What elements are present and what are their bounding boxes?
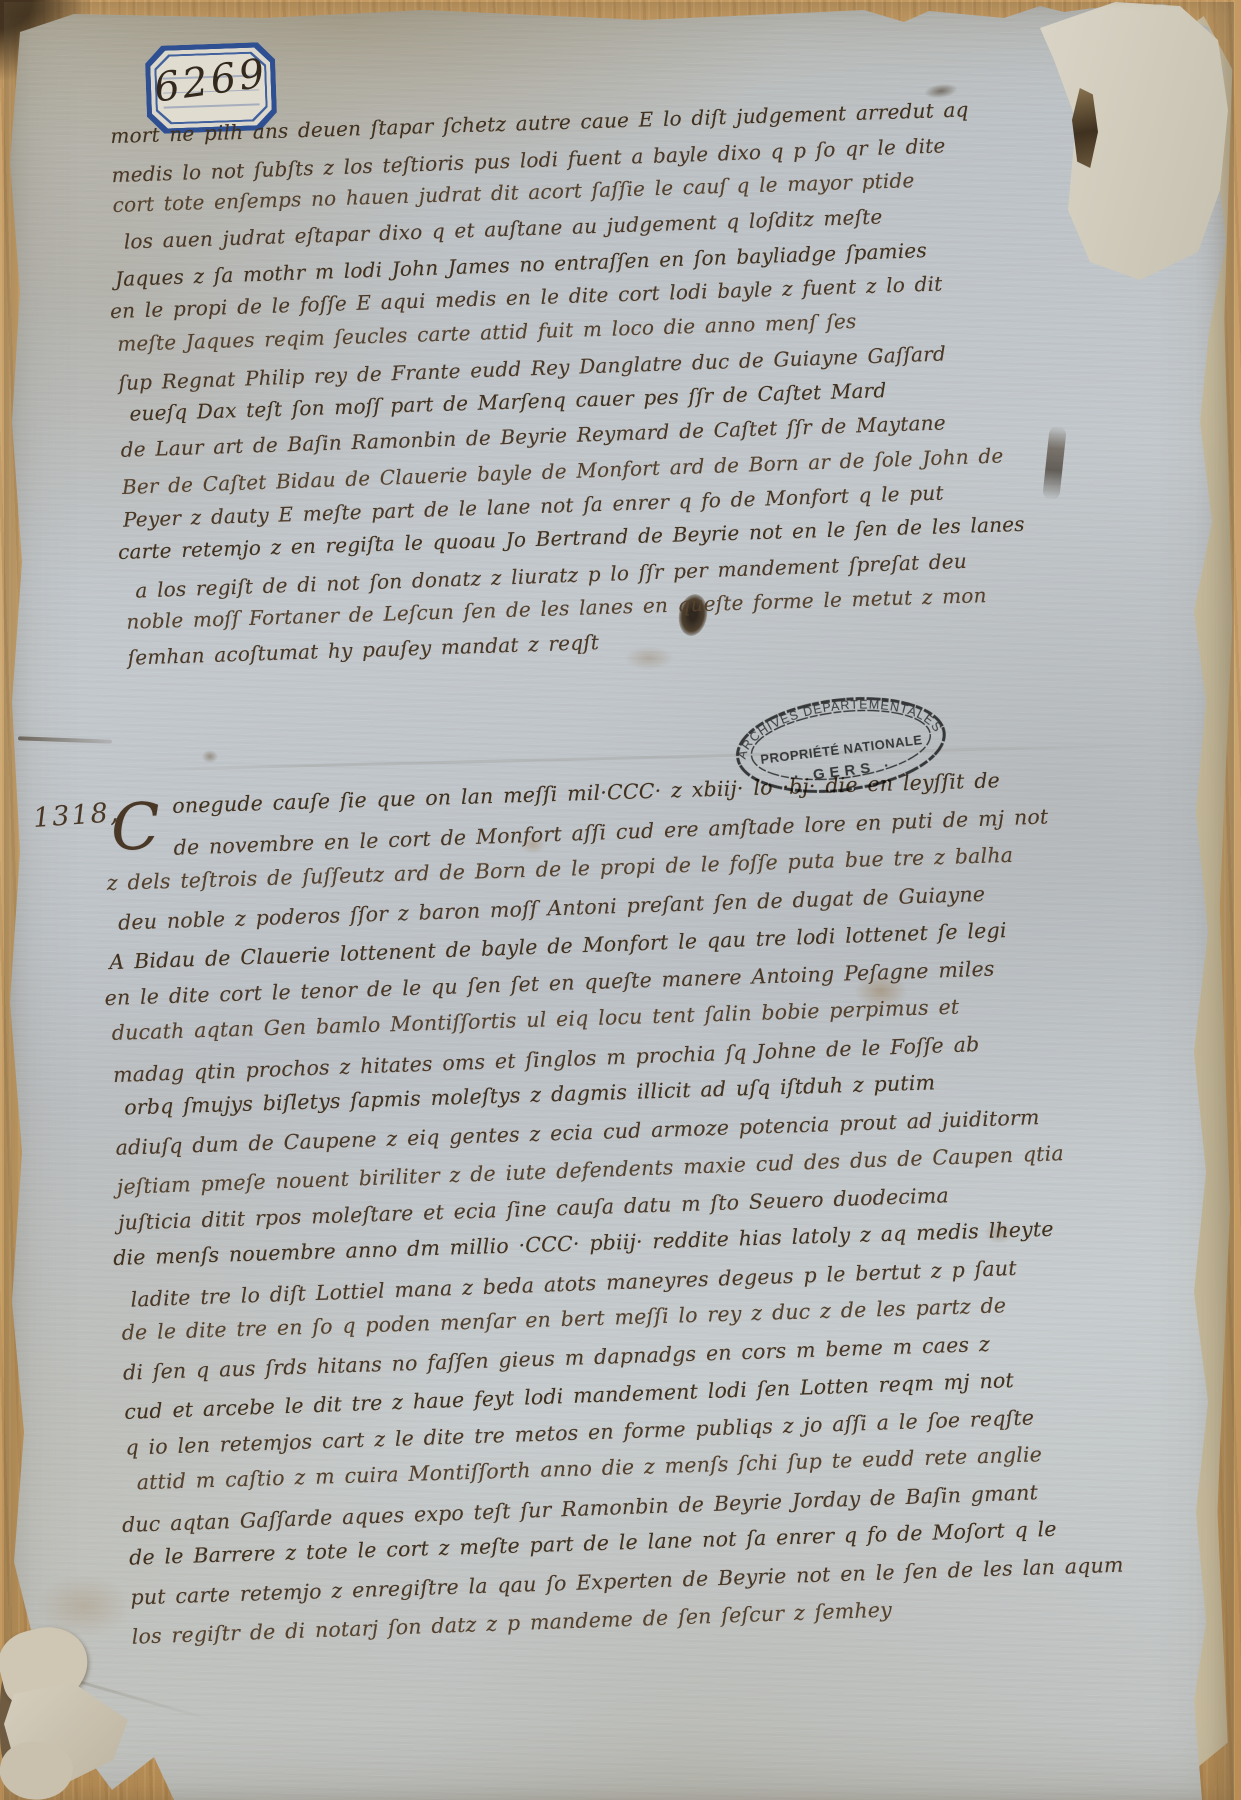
paragraph-2-lines: onegude cauſe ſie que on lan meſſi mil·C… <box>104 767 1052 1660</box>
manuscript-paragraph-2: C onegude cauſe ſie que on lan meſſi mil… <box>104 767 1052 1660</box>
stain <box>202 750 218 763</box>
manuscript-photograph: 6269 mort ne pilh ans deuen ſtapar ſchet… <box>0 0 1241 1800</box>
manuscript-paragraph-1: mort ne pilh ans deuen ſtapar ſchetz aut… <box>110 96 1028 681</box>
stamp-middle-text: PROPRIÉTÉ NATIONALE <box>760 732 924 767</box>
stain <box>36 1574 132 1638</box>
paragraph-1-lines: mort ne pilh ans deuen ſtapar ſchetz aut… <box>110 96 1028 681</box>
